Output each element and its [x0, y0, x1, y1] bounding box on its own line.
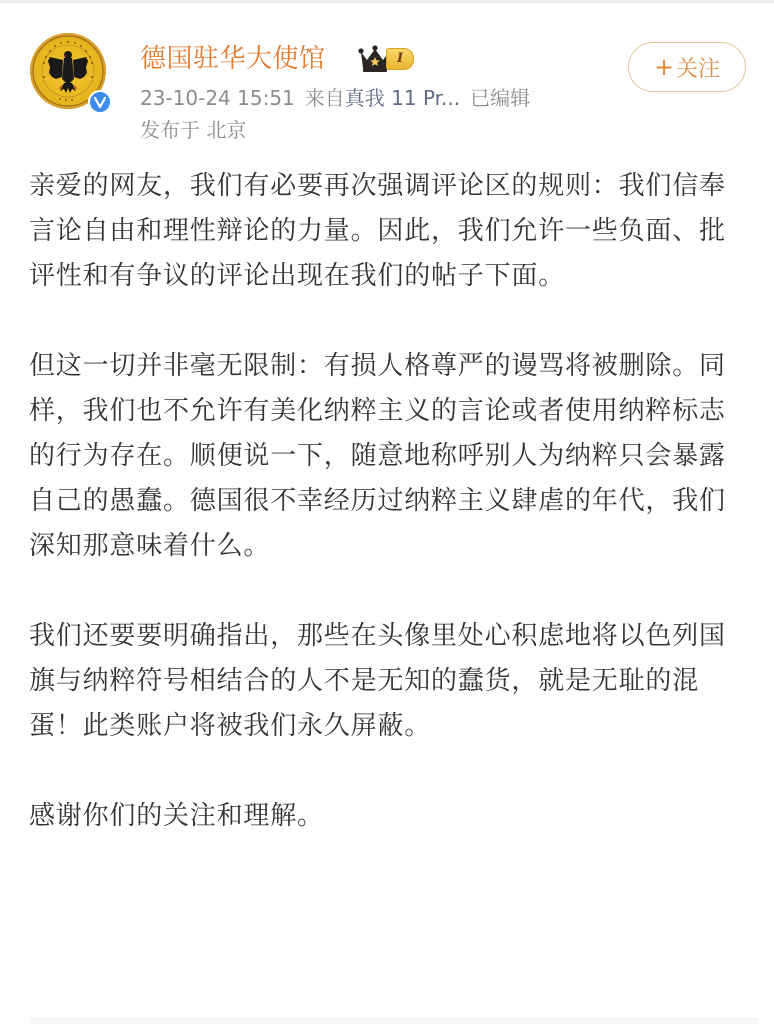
- vip-badge[interactable]: I: [358, 44, 414, 74]
- post-paragraph: 感谢你们的关注和理解。: [29, 794, 751, 839]
- verified-badge: [88, 90, 112, 114]
- timestamp: 23-10-24 15:51: [140, 86, 295, 110]
- source-prefix: 来自: [305, 86, 345, 110]
- post-meta: 23-10-24 15:51来自真我 11 Pr...已编辑: [140, 84, 530, 112]
- plus-icon: +: [654, 53, 674, 81]
- edited-label[interactable]: 已编辑: [470, 86, 530, 110]
- post-paragraph: 我们还要要明确指出，那些在头像里处心积虑地将以色列国旗与纳粹符号相结合的人不是无…: [29, 614, 751, 749]
- vip-level: I: [386, 48, 414, 70]
- follow-button[interactable]: + 关注: [628, 42, 746, 92]
- post-body: 亲爱的网友，我们有必要再次强调评论区的规则：我们信奉言论自由和理性辩论的力量。因…: [29, 164, 751, 839]
- next-card-edge: [30, 1018, 758, 1024]
- post-header: 德国驻华大使馆 I 23-10-24 15:51来自真我 11 Pr...已编辑…: [0, 0, 774, 150]
- account-name[interactable]: 德国驻华大使馆: [140, 42, 326, 76]
- post-paragraph: 但这一切并非毫无限制：有损人格尊严的谩骂将被删除。同样，我们也不允许有美化纳粹主…: [29, 344, 751, 569]
- post-paragraph: 亲爱的网友，我们有必要再次强调评论区的规则：我们信奉言论自由和理性辩论的力量。因…: [29, 164, 751, 299]
- source-device-link[interactable]: 真我 11 Pr...: [345, 86, 460, 110]
- verified-v-icon: [93, 95, 107, 109]
- post-location: 发布于 北京: [140, 116, 246, 144]
- follow-label: 关注: [676, 52, 720, 83]
